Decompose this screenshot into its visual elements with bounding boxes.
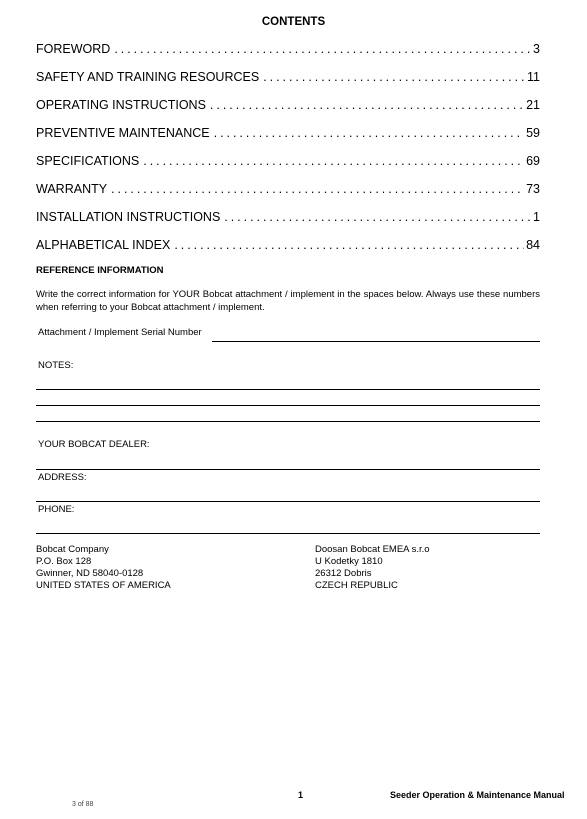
notes-line-3[interactable] xyxy=(36,421,540,422)
address-line: Bobcat Company xyxy=(36,544,171,556)
toc-label: SPECIFICATIONS xyxy=(36,154,143,168)
toc-entry-maintenance[interactable]: PREVENTIVE MAINTENANCE 59 xyxy=(36,126,540,154)
reference-instructions: Write the correct information for YOUR B… xyxy=(36,289,540,314)
toc-label: SAFETY AND TRAINING RESOURCES xyxy=(36,70,263,84)
notes-label: NOTES: xyxy=(38,360,73,371)
toc-page: 21 xyxy=(524,98,540,112)
notes-line-1[interactable] xyxy=(36,389,540,390)
address-line: Gwinner, ND 58040-0128 xyxy=(36,568,171,580)
toc-page: 73 xyxy=(524,182,540,196)
toc-page: 69 xyxy=(524,154,540,168)
address-bobcat-us: Bobcat Company P.O. Box 128 Gwinner, ND … xyxy=(36,544,171,592)
dot-leader xyxy=(263,70,525,84)
notes-line-2[interactable] xyxy=(36,405,540,406)
toc-entry-index[interactable]: ALPHABETICAL INDEX 84 xyxy=(36,238,540,266)
dot-leader xyxy=(114,42,531,56)
dot-leader xyxy=(111,182,524,196)
table-of-contents: FOREWORD 3 SAFETY AND TRAINING RESOURCES… xyxy=(36,42,540,266)
address-line: UNITED STATES OF AMERICA xyxy=(36,580,171,592)
footer-page-count: 3 of 88 xyxy=(72,801,93,808)
toc-page: 1 xyxy=(531,210,540,224)
phone-line[interactable] xyxy=(36,533,540,534)
address-line: Doosan Bobcat EMEA s.r.o xyxy=(315,544,430,556)
footer-page-number: 1 xyxy=(298,790,303,800)
toc-entry-specifications[interactable]: SPECIFICATIONS 69 xyxy=(36,154,540,182)
address-line: 26312 Dobris xyxy=(315,568,430,580)
toc-page: 84 xyxy=(524,238,540,252)
toc-page: 59 xyxy=(524,126,540,140)
toc-label: WARRANTY xyxy=(36,182,111,196)
address-bobcat-emea: Doosan Bobcat EMEA s.r.o U Kodetky 1810 … xyxy=(315,544,430,592)
toc-label: ALPHABETICAL INDEX xyxy=(36,238,174,252)
dot-leader xyxy=(224,210,531,224)
address-line: U Kodetky 1810 xyxy=(315,556,430,568)
toc-page: 11 xyxy=(525,70,540,84)
address-line: P.O. Box 128 xyxy=(36,556,171,568)
toc-page: 3 xyxy=(531,42,540,56)
toc-label: PREVENTIVE MAINTENANCE xyxy=(36,126,214,140)
footer-manual-title: Seeder Operation & Maintenance Manual xyxy=(390,790,565,800)
toc-entry-operating[interactable]: OPERATING INSTRUCTIONS 21 xyxy=(36,98,540,126)
dot-leader xyxy=(214,126,524,140)
contents-title: CONTENTS xyxy=(0,16,587,28)
toc-entry-safety[interactable]: SAFETY AND TRAINING RESOURCES 11 xyxy=(36,70,540,98)
address-line: CZECH REPUBLIC xyxy=(315,580,430,592)
serial-number-label: Attachment / Implement Serial Number xyxy=(38,327,202,338)
reference-heading: REFERENCE INFORMATION xyxy=(36,265,164,276)
dot-leader xyxy=(143,154,524,168)
toc-label: OPERATING INSTRUCTIONS xyxy=(36,98,210,112)
phone-label: PHONE: xyxy=(38,504,74,515)
toc-entry-installation[interactable]: INSTALLATION INSTRUCTIONS 1 xyxy=(36,210,540,238)
address-label: ADDRESS: xyxy=(38,472,87,483)
toc-entry-foreword[interactable]: FOREWORD 3 xyxy=(36,42,540,70)
toc-entry-warranty[interactable]: WARRANTY 73 xyxy=(36,182,540,210)
address-line[interactable] xyxy=(36,501,540,502)
dot-leader xyxy=(210,98,524,112)
toc-label: INSTALLATION INSTRUCTIONS xyxy=(36,210,224,224)
dealer-line[interactable] xyxy=(36,469,540,470)
dealer-label: YOUR BOBCAT DEALER: xyxy=(38,439,150,450)
serial-number-field[interactable] xyxy=(212,341,540,342)
toc-label: FOREWORD xyxy=(36,42,114,56)
dot-leader xyxy=(174,238,524,252)
